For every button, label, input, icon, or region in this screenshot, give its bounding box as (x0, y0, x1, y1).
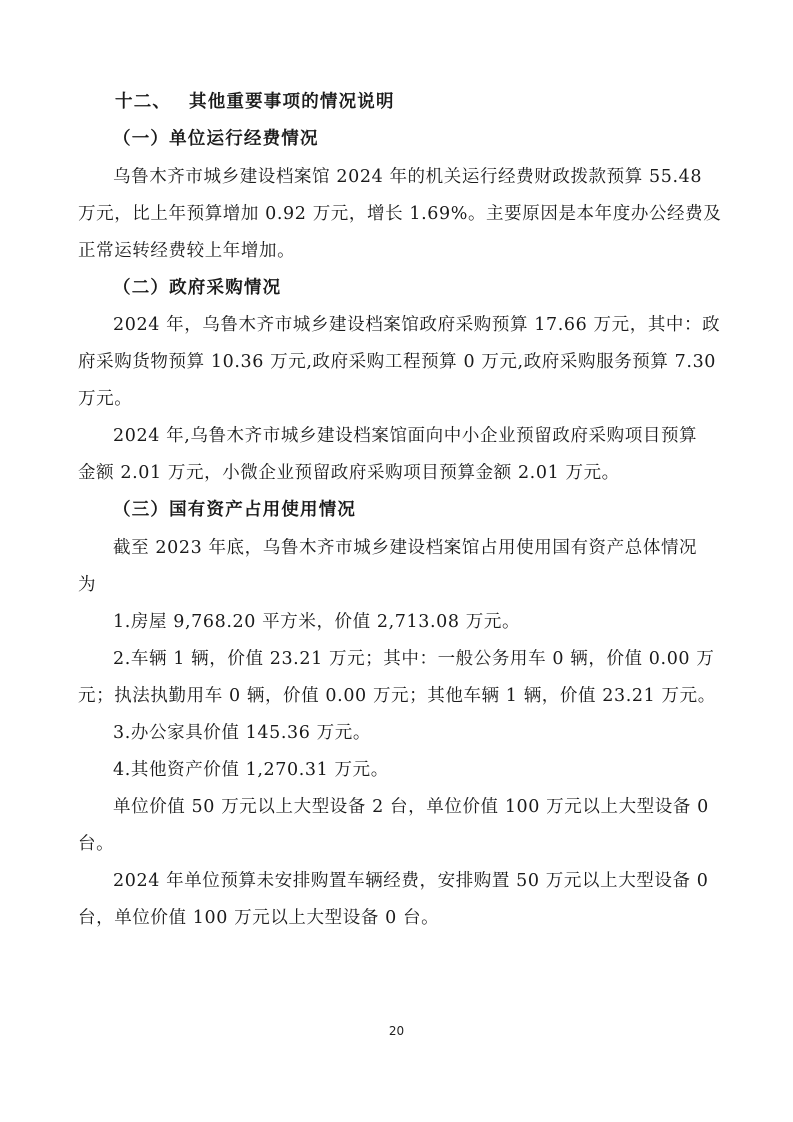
paragraph-line: 4.其他资产价值 1,270.31 万元。 (113, 758, 743, 782)
paragraph-line: 台。 (78, 832, 708, 856)
paragraph-line: 乌鲁木齐市城乡建设档案馆 2024 年的机关运行经费财政拨款预算 55.48 (113, 165, 743, 189)
paragraph-line: 2024 年单位预算未安排购置车辆经费，安排购置 50 万元以上大型设备 0 (113, 869, 743, 893)
document-page: 十二、其他重要事项的情况说明 （一）单位运行经费情况 乌鲁木齐市城乡建设档案馆 … (0, 0, 793, 1122)
paragraph-line: 万元。 (78, 387, 708, 411)
paragraph-line: 截至 2023 年底，乌鲁木齐市城乡建设档案馆占用使用国有资产总体情况 (113, 536, 743, 560)
subsection-heading-procurement: （二）政府采购情况 (113, 276, 743, 300)
paragraph-line: 2024 年,乌鲁木齐市城乡建设档案馆面向中小企业预留政府采购项目预算 (113, 424, 743, 448)
paragraph-line: 正常运转经费较上年增加。 (78, 239, 708, 263)
subsection-heading-operating-costs: （一）单位运行经费情况 (113, 127, 743, 151)
paragraph-line: 府采购货物预算 10.36 万元,政府采购工程预算 0 万元,政府采购服务预算 … (78, 350, 708, 374)
paragraph-line: 金额 2.01 万元，小微企业预留政府采购项目预算金额 2.01 万元。 (78, 461, 708, 485)
paragraph-line: 3.办公家具价值 145.36 万元。 (113, 721, 743, 745)
section-title: 十二、其他重要事项的情况说明 (115, 90, 745, 114)
paragraph-line: 1.房屋 9,768.20 平方米，价值 2,713.08 万元。 (113, 610, 743, 634)
section-number: 十二、 (115, 90, 189, 114)
paragraph-line: 万元，比上年预算增加 0.92 万元，增长 1.69%。主要原因是本年度办公经费… (78, 202, 708, 226)
paragraph-line: 台，单位价值 100 万元以上大型设备 0 台。 (78, 906, 708, 930)
paragraph-line: 单位价值 50 万元以上大型设备 2 台，单位价值 100 万元以上大型设备 0 (113, 795, 743, 819)
section-title-text: 其他重要事项的情况说明 (189, 92, 395, 112)
paragraph-line: 2.车辆 1 辆，价值 23.21 万元；其中：一般公务用车 0 辆，价值 0.… (113, 647, 743, 671)
paragraph-line: 为 (78, 573, 708, 597)
subsection-heading-state-assets: （三）国有资产占用使用情况 (113, 498, 743, 522)
paragraph-line: 2024 年，乌鲁木齐市城乡建设档案馆政府采购预算 17.66 万元，其中：政 (113, 313, 743, 337)
paragraph-line: 元；执法执勤用车 0 辆，价值 0.00 万元；其他车辆 1 辆，价值 23.2… (78, 684, 708, 708)
page-number: 20 (0, 1024, 793, 1038)
